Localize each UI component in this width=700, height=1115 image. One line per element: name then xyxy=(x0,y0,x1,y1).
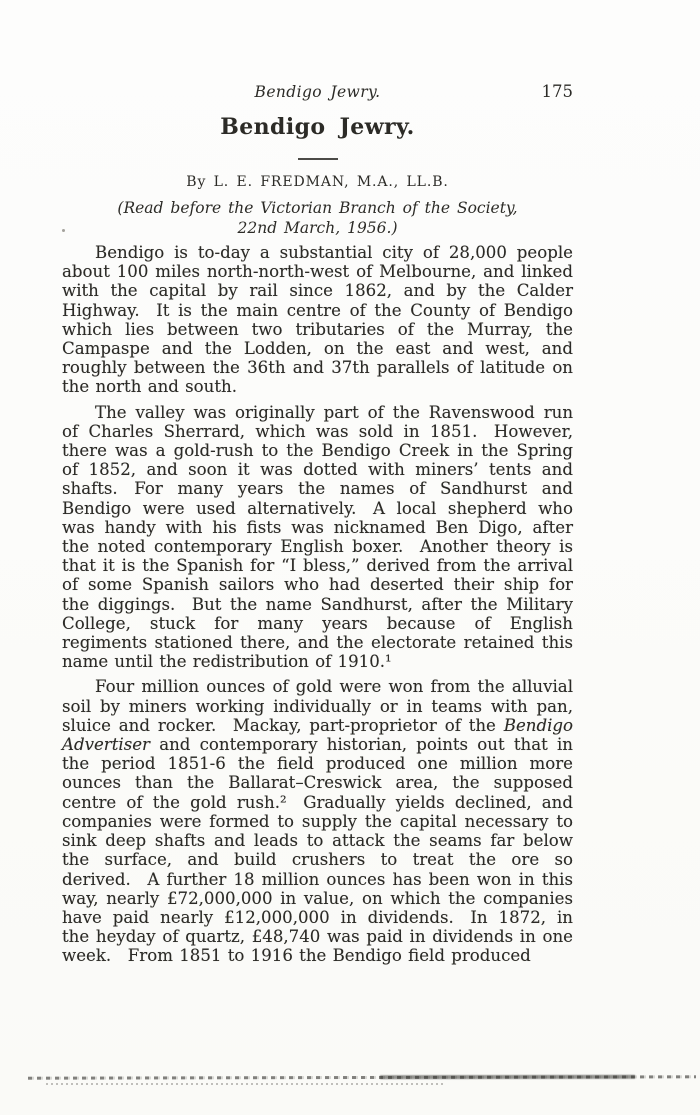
scan-artifact-line-dark-segment xyxy=(380,1075,635,1079)
presentation-note-line2: 22nd March, 1956.) xyxy=(237,219,397,237)
byline: By L. E. FREDMAN, M.A., LL.B. xyxy=(62,173,573,191)
presentation-note-line1: (Read before the Victorian Branch of the… xyxy=(117,199,517,217)
presentation-note: (Read before the Victorian Branch of the… xyxy=(62,199,573,238)
running-header: Bendigo Jewry. xyxy=(255,82,381,102)
scanned-page: Bendigo Jewry. 175 Bendigo Jewry. By L. … xyxy=(0,0,700,1115)
page-number: 175 xyxy=(542,82,574,102)
scan-artifact-dot xyxy=(62,229,65,232)
body-paragraph-1: Bendigo is to-day a substantial city of … xyxy=(62,243,573,397)
body-paragraph-3: Four million ounces of gold were won fro… xyxy=(62,677,573,965)
body-paragraph-2: The valley was originally part of the Ra… xyxy=(62,403,573,672)
article-title: Bendigo Jewry. xyxy=(62,114,573,140)
scan-artifact-line-secondary xyxy=(46,1083,446,1085)
text-block: Bendigo Jewry. 175 Bendigo Jewry. By L. … xyxy=(62,82,573,966)
article-body: Bendigo is to-day a substantial city of … xyxy=(62,243,573,966)
title-divider xyxy=(298,158,338,160)
page-head: Bendigo Jewry. 175 xyxy=(62,82,573,102)
